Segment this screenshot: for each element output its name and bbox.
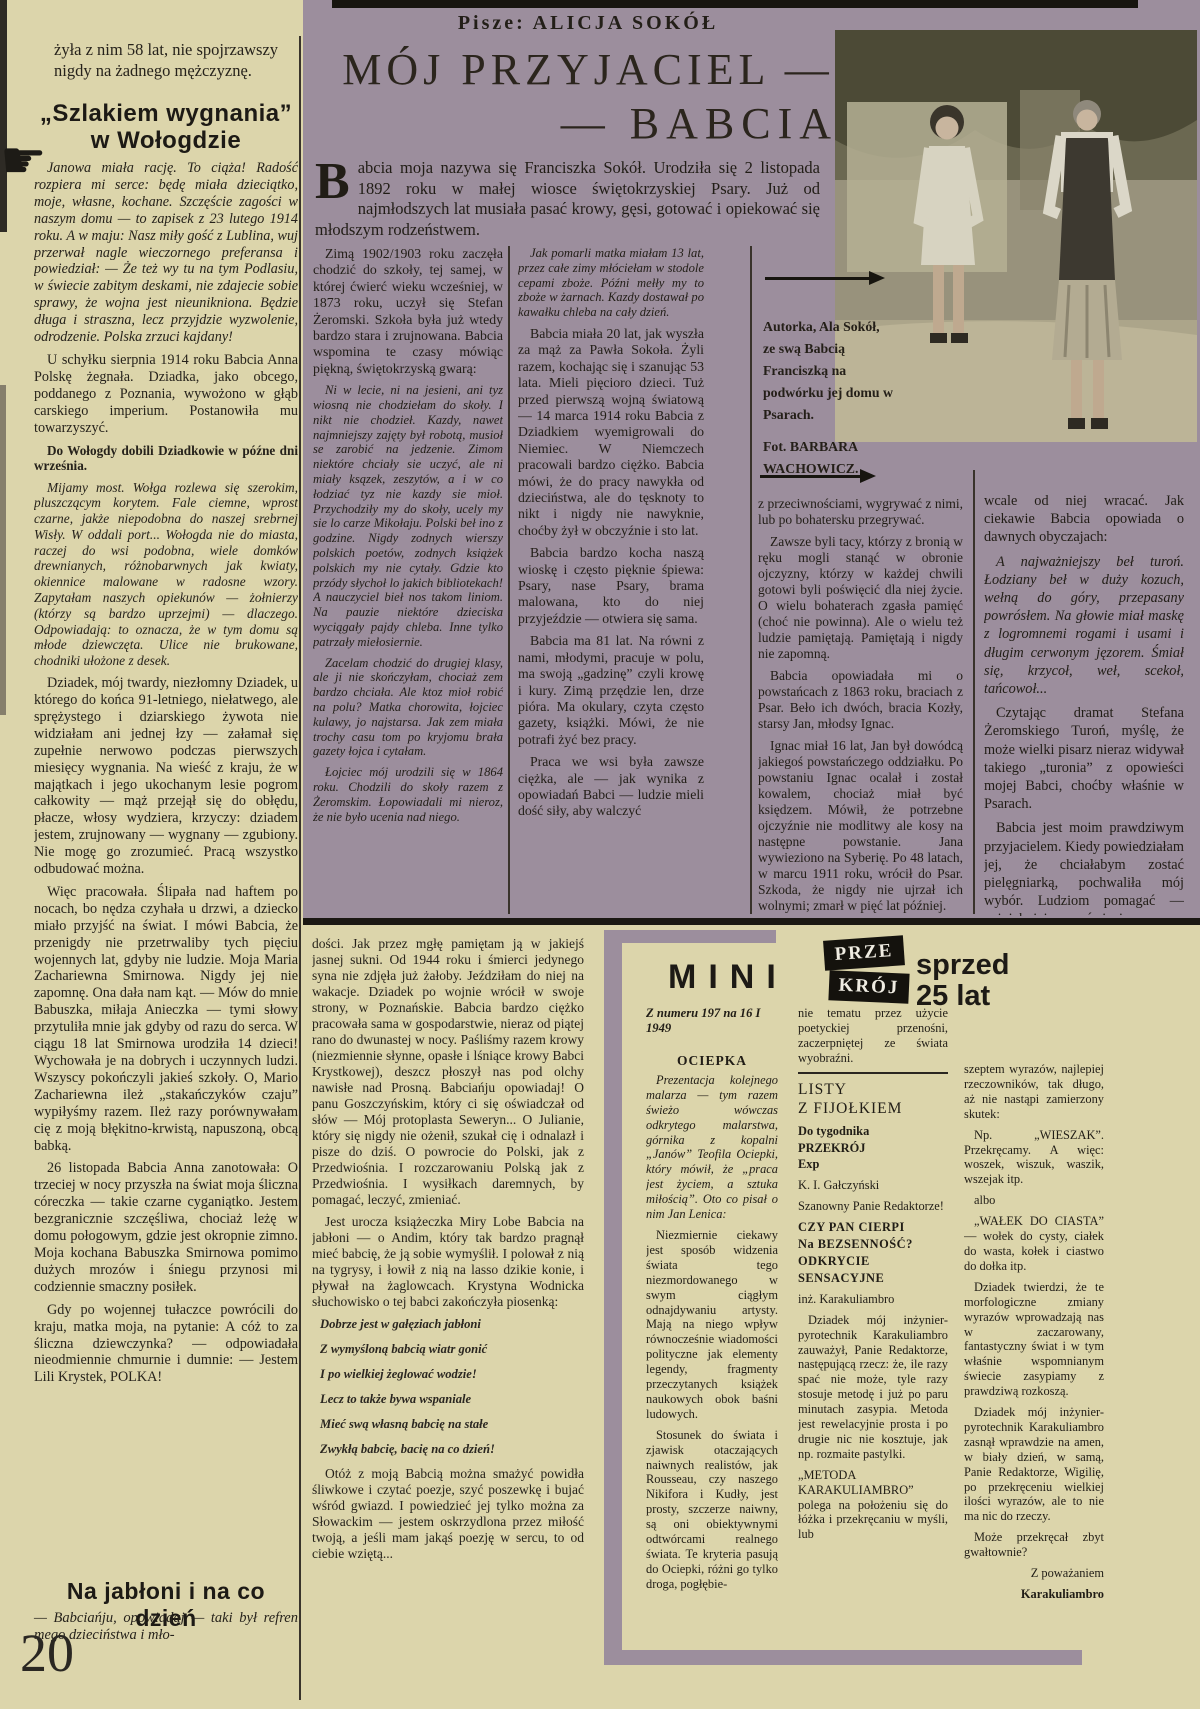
paragraph: U schyłku sierpnia 1914 roku Babcia Anna… [34, 352, 298, 437]
letter-address-line: Do tygodnika [798, 1124, 948, 1139]
paragraph: Babcia bardzo kocha naszą wioskę i częst… [518, 545, 704, 627]
paragraph: Stosunek do świata i zjawisk otaczającyc… [646, 1428, 778, 1592]
magazine-page: ☛ żyła z nim 58 lat, nie spojrzawszy nig… [0, 0, 1200, 1709]
column-rule [750, 246, 752, 914]
przekroj-logo-bottom: KRÓJ [828, 970, 909, 1003]
paragraph: Babcia opowiadała mi o powstańcach z 186… [758, 668, 963, 732]
mini-source-line: Z numeru 197 na 16 I 1949 [646, 1006, 778, 1036]
letter-author: K. I. Gałczyński [798, 1178, 948, 1193]
paragraph: Dziadek mój inżynier-pyrotechnik Karakul… [798, 1313, 948, 1462]
letter-signature: Karakuliambro [964, 1587, 1104, 1602]
paragraph: Czytając dramat Stefana Żeromskiego Turo… [984, 704, 1184, 813]
column-rule [973, 470, 975, 914]
verse-line: I po wielkiej żeglować wodzie! [320, 1366, 584, 1382]
paragraph: Dziadek, mój twardy, niezłomny Dziadek, … [34, 675, 298, 878]
mini-column-listy: nie tematu przez użycie poetyckiej przen… [798, 1006, 948, 1646]
arrow-shaft [760, 475, 860, 478]
paragraph: Ignac miał 16 lat, Jan był dowódcą jakie… [758, 738, 963, 914]
arrow-head [869, 271, 885, 285]
paragraph: albo [964, 1193, 1104, 1208]
paragraph: Zawsze byli tacy, którzy z bronią w ręku… [758, 534, 963, 662]
verse-line: Lecz to także bywa wspaniale [320, 1391, 584, 1407]
heading-line: w Wołogdzie [34, 127, 298, 154]
photo-caption: Autorka, Ala Sokół, ze swą Babcią Franci… [763, 316, 895, 480]
paragraph: 26 listopada Babcia Anna zanotowała: O t… [34, 1160, 298, 1295]
section-divider-rule [303, 918, 1200, 925]
article-column-3: z przeciwnościami, wygrywać z nimi, lub … [758, 496, 963, 914]
letter-valediction: Z poważaniem [964, 1566, 1104, 1581]
letter-caps-line: Na BEZSENNOŚĆ? [798, 1237, 948, 1252]
paragraph: Do Wołogdy dobili Dziadkowie w późne dni… [34, 443, 298, 474]
letter-salutation: Szanowny Panie Redaktorze! [798, 1199, 948, 1214]
arrow-head [860, 469, 876, 483]
top-black-bar [332, 0, 1138, 8]
sprzed-25-lat-label: sprzed 25 lat [916, 950, 1009, 1012]
divider-rule [798, 1072, 948, 1074]
paragraph: z przeciwnościami, wygrywać z nimi, lub … [758, 496, 963, 528]
song-verse: Dobrze jest w gałęziach jabłoni Z wymyśl… [320, 1316, 584, 1457]
lead-text: abcia moja nazywa się Franciszka Sokół. … [315, 158, 820, 239]
mini-column-ociepka: OCIEPKA Prezentacja kolejnego malarza — … [646, 1052, 778, 1646]
paragraph: Otóż z moją Babcią można smażyć powidła … [312, 1466, 584, 1562]
paragraph: Prezentacja kolejnego malarza — tym raze… [646, 1073, 778, 1222]
paragraph: wcale od niej wracać. Jak ciekawie Babci… [984, 492, 1184, 547]
page-number: 20 [20, 1622, 74, 1684]
verse-line: Zwykłą babcię, bacię na co dzień! [320, 1441, 584, 1457]
paragraph: „METODA KARAKULIAMBRO” polega na położen… [798, 1468, 948, 1543]
mini-heading-ociepka: OCIEPKA [646, 1054, 778, 1069]
paragraph: „WAŁEK DO CIASTA” — wołek do cysty, ciał… [964, 1214, 1104, 1274]
letter-signed-by: inż. Karakuliambro [798, 1292, 948, 1307]
paragraph: Zacelam chodzić do drugiej klasy, ale ji… [313, 656, 503, 760]
paragraph: Zimą 1902/1903 roku zaczęła chodzić do s… [313, 246, 503, 377]
paragraph: A najważniejszy beł turoń. Łodziany beł … [984, 553, 1184, 699]
arrow-right-icon [765, 272, 885, 284]
caption-text: Autorka, Ala Sokół, ze swą Babcią Franci… [763, 316, 895, 426]
page-edge-strip [0, 0, 7, 232]
article-title-line1: MÓJ PRZYJACIEL — [338, 44, 838, 95]
paragraph: nie tematu przez użycie poetyckiej przen… [798, 1006, 948, 1066]
byline-kicker: Pisze: ALICJA SOKÓŁ [338, 12, 838, 35]
mini-box-top-band [604, 930, 776, 943]
letter-caps-line: ODKRYCIE [798, 1254, 948, 1269]
paragraph: Łojciec mój urodzili się w 1864 roku. Ch… [313, 765, 503, 824]
page-edge-strip [0, 385, 6, 715]
drop-cap: B [315, 161, 350, 203]
arrow-shaft [765, 277, 869, 280]
mini-section-label: MINI [668, 958, 788, 997]
heading-line: LISTY [798, 1080, 948, 1099]
paragraph: dości. Jak przez mgłę pamiętam ją w jaki… [312, 936, 584, 1208]
mini-box-left-band [604, 930, 622, 1663]
heading-line: Z FIJOŁKIEM [798, 1099, 948, 1118]
left-intro-text: żyła z nim 58 lat, nie spojrzawszy nigdy… [54, 40, 298, 81]
paragraph: Jest urocza książeczka Miry Lobe Babcia … [312, 1214, 584, 1310]
paragraph: Niezmiernie ciekawy jest sposób widzenia… [646, 1228, 778, 1422]
verse-line: Z wymyśloną babcią wiatr gonić [320, 1341, 584, 1357]
paragraph: Babcia ma 81 lat. Na równi z nami, młody… [518, 633, 704, 748]
paragraph: Babcia miała 20 lat, jak wyszła za mąż z… [518, 326, 704, 539]
column-rule [508, 246, 510, 914]
paragraph: Może przekręcał zbyt gwałtownie? [964, 1530, 1104, 1560]
paragraph: Ni w lecie, ni na jesieni, ani tyz wiosn… [313, 383, 503, 649]
letter-caps-line: SENSACYJNE [798, 1271, 948, 1286]
verse-line: Dobrze jest w gałęziach jabłoni [320, 1316, 584, 1332]
paragraph: Praca we wsi była zawsze ciężka, ale — j… [518, 754, 704, 820]
paragraph: szeptem wyrazów, najlepiej rzeczowników,… [964, 1062, 1104, 1122]
verse-line: Mieć swą własną babcię na stałe [320, 1416, 584, 1432]
paragraph: Np. „WIESZAK”. Przekręcamy. A więc: wosz… [964, 1128, 1104, 1188]
paragraph: Mijamy most. Wołga rozlewa się szerokim,… [34, 480, 298, 670]
sprzed-line: sprzed [916, 950, 1009, 981]
paragraph: Więc pracowała. Ślipała nad haftem po no… [34, 884, 298, 1155]
bottom-column-a: dości. Jak przez mgłę pamiętam ją w jaki… [312, 936, 584, 1648]
article-title-line2: — BABCIA [338, 98, 838, 149]
heading-line: „Szlakiem wygnania” [34, 100, 298, 127]
article-column-2: Jak pomarli matka miałam 13 lat, przez c… [518, 246, 704, 912]
paragraph: Gdy po wojennej tułaczce powrócili do kr… [34, 1302, 298, 1387]
paragraph: Dziadek twierdzi, że te morfologiczne zm… [964, 1280, 1104, 1399]
lead-paragraph: Babcia moja nazywa się Franciszka Sokół.… [315, 158, 820, 240]
paragraph: Babcia jest moim prawdziwym przyjacielem… [984, 819, 1184, 916]
paragraph: Jak pomarli matka miałam 13 lat, przez c… [518, 246, 704, 320]
mini-column-letter-end: szeptem wyrazów, najlepiej rzeczowników,… [964, 1062, 1104, 1648]
article-column-1: Zimą 1902/1903 roku zaczęła chodzić do s… [313, 246, 503, 912]
letter-caps-line: CZY PAN CIERPI [798, 1220, 948, 1235]
article-column-4: wcale od niej wracać. Jak ciekawie Babci… [984, 492, 1184, 916]
letter-address-line: PRZEKRÓJ [798, 1141, 948, 1156]
mini-box-bottom-band [604, 1650, 1082, 1665]
mini-heading-listy: LISTY Z FIJOŁKIEM [798, 1080, 948, 1118]
column-rule [299, 36, 301, 1700]
left-heading-wologda: „Szlakiem wygnania” w Wołogdzie [34, 100, 298, 154]
przekroj-logo-top: PRZE [823, 935, 905, 971]
paragraph: Dziadek mój inżynier-pyrotechnik Karakul… [964, 1405, 1104, 1524]
left-column-body: Janowa miała rację. To ciąża! Radość roz… [34, 160, 298, 1572]
paragraph: Janowa miała rację. To ciąża! Radość roz… [34, 160, 298, 346]
arrow-right-icon [760, 470, 876, 482]
letter-address-line: Exp [798, 1157, 948, 1172]
